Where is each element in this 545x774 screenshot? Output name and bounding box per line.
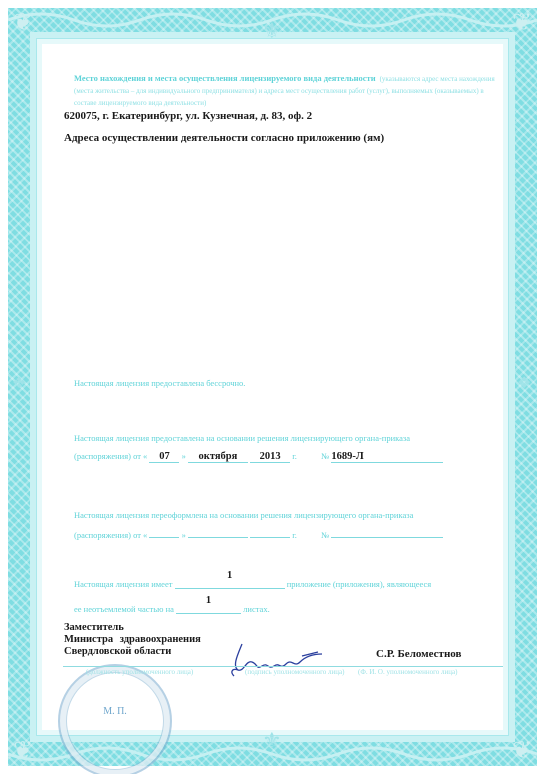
position-line-3: Свердловской области: [64, 646, 201, 658]
year-suffix: г.: [292, 451, 297, 461]
signature-line: [63, 666, 503, 667]
location-heading: Место нахождения и места осуществления л…: [74, 73, 376, 83]
granted-statement: Настоящая лицензия предоставлена на осно…: [74, 433, 504, 443]
signatory-name: С.Р. Беломестнов: [376, 648, 461, 660]
activity-addresses: Адреса осуществлении деятельности соглас…: [64, 132, 384, 144]
granted-number: 1689-Л: [331, 451, 443, 463]
number-label: №: [321, 530, 329, 540]
appendix-line-2: ее неотъемлемой частью на 1 листах.: [74, 603, 270, 614]
position-line-2: Министра здравоохранения: [64, 634, 201, 646]
caption-signature: (подпись уполномоченного лица): [245, 668, 344, 676]
corner-ornament-icon: ❦: [507, 8, 537, 38]
quote-close: »: [182, 451, 186, 461]
corner-ornament-icon: ❦: [8, 8, 38, 38]
caption-name: (Ф. И. О. уполномоченного лица): [358, 668, 457, 676]
appendix-count: 1: [175, 570, 285, 581]
official-seal: М. П.: [58, 664, 172, 774]
reissued-year: [250, 537, 290, 538]
granted-order-label: (распоряжения) от «: [74, 451, 147, 461]
granted-year: 2013: [250, 451, 290, 463]
reissued-statement: Настоящая лицензия переоформлена на осно…: [74, 510, 504, 520]
granted-day: 07: [149, 451, 179, 463]
ornament-left: ❖: [12, 376, 26, 392]
granted-month: октября: [188, 451, 248, 463]
appendix-line2-after: листах.: [243, 604, 270, 614]
ornament-right: ❖: [517, 376, 531, 392]
appendix-line-1: Настоящая лицензия имеет 1 приложение (п…: [74, 578, 431, 589]
appendix-line2-before: ее неотъемлемой частью на: [74, 604, 174, 614]
location-section: Место нахождения и места осуществления л…: [74, 72, 502, 108]
appendix-text-before: Настоящая лицензия имеет: [74, 579, 172, 589]
appendix-sheets-field: 1: [176, 603, 241, 614]
corner-ornament-icon: ❦: [507, 736, 537, 766]
reissued-month: [188, 537, 248, 538]
fleur-de-lis-ornament-top: ⚜: [262, 20, 282, 42]
reissued-order-label: (распоряжения) от «: [74, 530, 147, 540]
corner-ornament-icon: ❦: [8, 736, 38, 766]
year-suffix: г.: [292, 530, 297, 540]
term-statement: Настоящая лицензия предоставлена бессроч…: [74, 378, 245, 388]
reissued-order-line: (распоряжения) от « » г. №: [74, 530, 443, 540]
number-label: №: [321, 451, 329, 461]
reissued-day: [149, 537, 179, 538]
quote-close: »: [182, 530, 186, 540]
appendix-count-field: 1: [175, 578, 285, 589]
reissued-number: [331, 537, 443, 538]
position-line-1: Заместитель: [64, 622, 201, 634]
address: 620075, г. Екатеринбург, ул. Кузнечная, …: [64, 110, 312, 122]
granted-order-line: (распоряжения) от « 07 » октября 2013 г.…: [74, 451, 443, 463]
appendix-text-after: приложение (приложения), являющееся: [287, 579, 432, 589]
stamp-label: М. П.: [60, 706, 170, 717]
caption-position: (должность уполномоченного лица): [86, 668, 193, 676]
signatory-position: Заместитель Министра здравоохранения Све…: [64, 622, 201, 658]
fleur-de-lis-ornament-bottom: ⚜: [262, 730, 282, 752]
appendix-sheets: 1: [176, 595, 241, 606]
